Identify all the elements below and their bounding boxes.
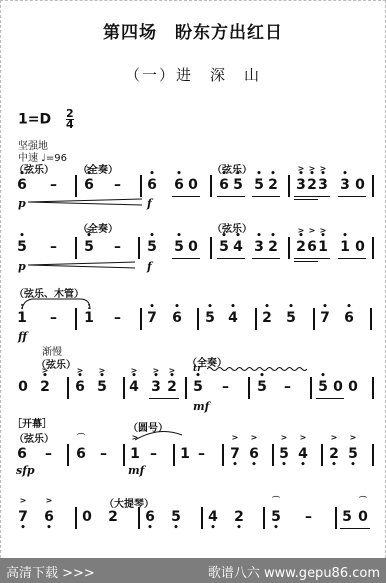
score-title: 第四场 盼东方出红日 xyxy=(0,18,386,43)
time-bottom: 4 xyxy=(66,120,74,130)
dynamic-ff: ff xyxy=(18,330,27,343)
dynamic-mf: mf xyxy=(128,464,144,477)
dynamic-p: p xyxy=(18,197,26,210)
download-link[interactable]: 高清下载 >>> xyxy=(6,562,95,581)
crescendo-hairpin xyxy=(28,198,143,206)
label-contrabass: （大提琴） xyxy=(104,495,154,510)
score-subtitle: （一）进 深 山 xyxy=(0,64,386,85)
dynamic-f: f xyxy=(147,197,152,210)
label-curtain: ［开幕］ xyxy=(12,415,52,430)
dynamic-p: p xyxy=(18,260,26,273)
footer-bar: 高清下载 >>> 歌谱八六 www.gepu86.com xyxy=(0,558,386,583)
crescendo-hairpin xyxy=(28,261,136,269)
dynamic-sfp: sfp xyxy=(16,464,35,477)
dynamic-mf: mf xyxy=(193,400,209,413)
dynamic-f: f xyxy=(147,260,152,273)
note: >•6 xyxy=(82,177,96,193)
time-signature: 2 4 xyxy=(66,109,74,130)
label-strings: （弦乐） xyxy=(14,430,54,445)
note: •6 xyxy=(15,177,29,193)
site-link[interactable]: 歌谱八六 www.gepu86.com xyxy=(208,562,380,581)
key-signature: 1=D 2 4 xyxy=(18,109,74,130)
key-text: 1=D xyxy=(18,112,51,128)
